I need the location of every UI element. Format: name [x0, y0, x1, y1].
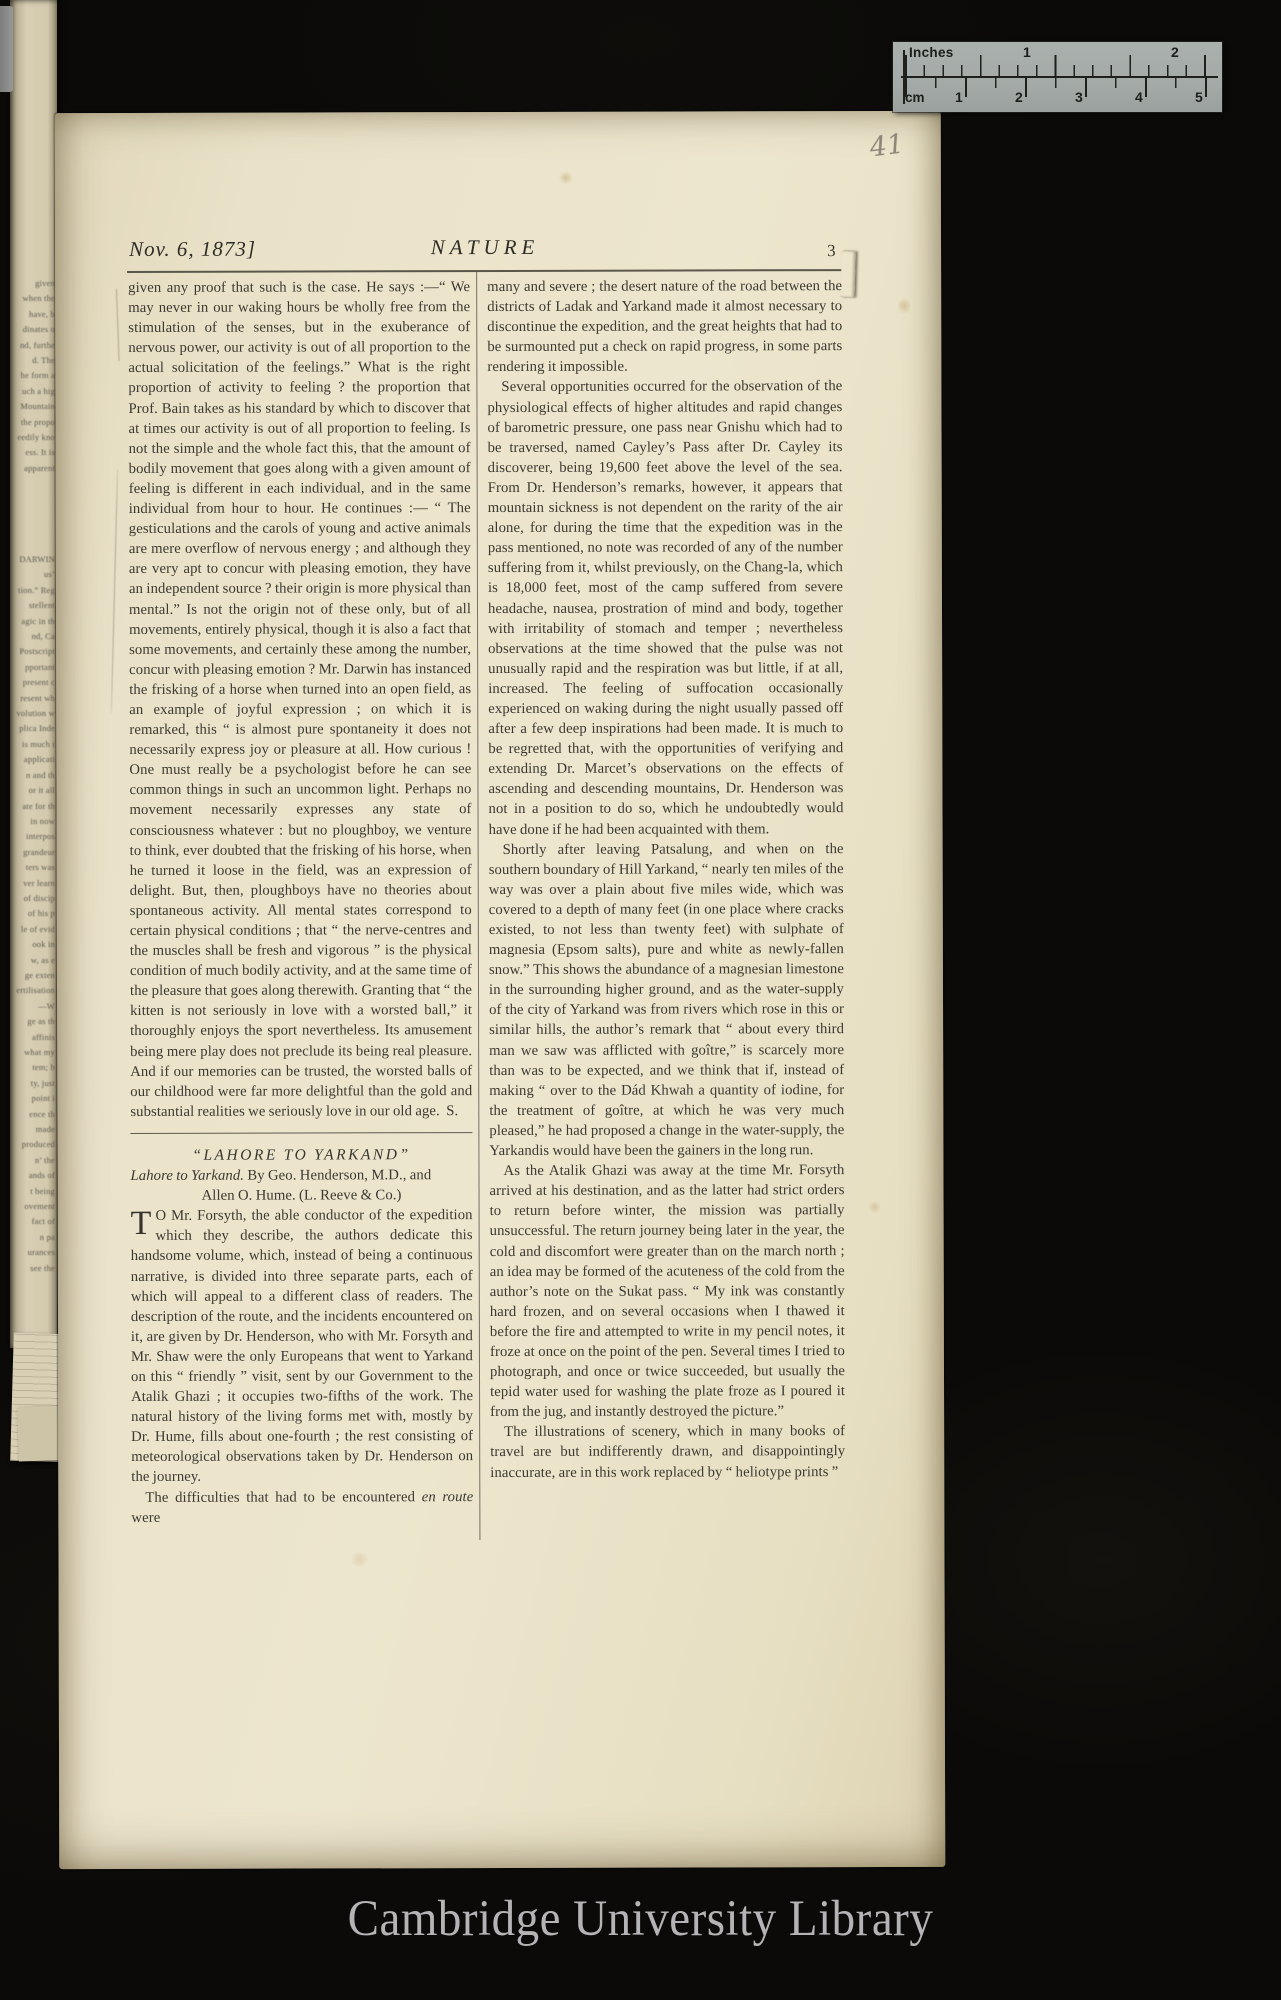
pencil-margin-mark — [116, 289, 120, 361]
header-rule — [127, 269, 844, 273]
right-column: many and severe ; the desert nature of t… — [487, 276, 845, 1483]
foxing-stain — [558, 172, 574, 184]
review-citation: Lahore to Yarkand. By Geo. Henderson, M.… — [130, 1165, 472, 1186]
journal-title: NATURE — [355, 235, 615, 261]
library-footer: Cambridge University Library — [0, 1890, 1281, 1948]
paragraph: The illustrations of scenery, which in m… — [490, 1421, 845, 1482]
review-opening-paragraph: TO Mr. Forsyth, the able conductor of th… — [131, 1205, 474, 1487]
review-citation-title: Lahore to Yarkand. — [130, 1168, 244, 1184]
last-line-text: The difficulties that had to be encounte… — [145, 1489, 421, 1506]
last-line-italic: en route — [422, 1489, 474, 1505]
ruler-cm-label: cm — [905, 90, 925, 105]
neighbor-page-text-fragments: given when the have, b dinates o nd, fur… — [11, 276, 55, 476]
last-line-text: were — [131, 1510, 160, 1526]
header-date: Nov. 6, 1873] — [129, 237, 256, 262]
column-divider-rule — [476, 272, 480, 1540]
neighbor-page-text-fragments: DARWIN us’ tion.” Reg stellent agic in t… — [11, 552, 55, 1276]
ruler-cm-ticks — [905, 78, 1217, 97]
ruler-cm-numeral: 3 — [1075, 89, 1083, 105]
foxing-stain — [868, 1201, 882, 1213]
article-body-text: given any proof that such is the case. H… — [128, 277, 472, 1122]
ruler-inch-numeral: 2 — [1171, 44, 1179, 60]
review-opening-text: O Mr. Forsyth, the able conductor of the… — [131, 1207, 474, 1485]
section-rule — [130, 1132, 472, 1134]
review-citation-line2: Allen O. Hume. (L. Reeve & Co.) — [131, 1185, 473, 1206]
reviewer-signature: S. — [446, 1101, 458, 1121]
page-number: 3 — [827, 241, 836, 261]
paragraph: many and severe ; the desert nature of t… — [487, 276, 842, 377]
journal-page: Nov. 6, 1873] NATURE 3 41 given any proo… — [55, 111, 946, 1869]
ruler-inch-numeral: 1 — [1023, 44, 1031, 60]
left-column: given any proof that such is the case. H… — [128, 277, 473, 1528]
ruler-cm-numeral: 4 — [1135, 89, 1143, 105]
paragraph: Several opportunities occurred for the o… — [487, 377, 843, 840]
paragraph: As the Atalik Ghazi was away at the time… — [489, 1160, 845, 1422]
ruler-cm-numeral: 5 — [1195, 89, 1203, 105]
foxing-stain — [898, 296, 910, 316]
pencil-margin-mark — [111, 469, 118, 713]
neighbor-page-strip: given when the have, b dinates o nd, fur… — [10, 0, 57, 1348]
pencil-annotation: 41 — [868, 129, 906, 164]
review-heading: “LAHORE TO YARKAND” — [130, 1145, 472, 1166]
dropcap-initial: T — [131, 1206, 156, 1239]
torn-paper-flap — [840, 251, 855, 297]
ruler-cm-numeral: 1 — [955, 89, 963, 105]
measurement-ruler: Inches cm 1 2 1 2 3 4 5 — [893, 42, 1222, 112]
paragraph: Shortly after leaving Patsalung, and whe… — [489, 839, 845, 1161]
bookmark-tab — [0, 6, 13, 92]
scan-background: given when the have, b dinates o nd, fur… — [0, 0, 1281, 2000]
review-last-line: The difficulties that had to be encounte… — [131, 1487, 473, 1528]
ruler-cm-numeral: 2 — [1015, 89, 1023, 105]
foxing-stain — [348, 1552, 370, 1566]
review-citation-authors: By Geo. Henderson, M.D., and — [244, 1167, 431, 1183]
article-body-wrap: given any proof that such is the case. H… — [128, 277, 472, 1122]
ruler-inches-label: Inches — [909, 45, 954, 60]
